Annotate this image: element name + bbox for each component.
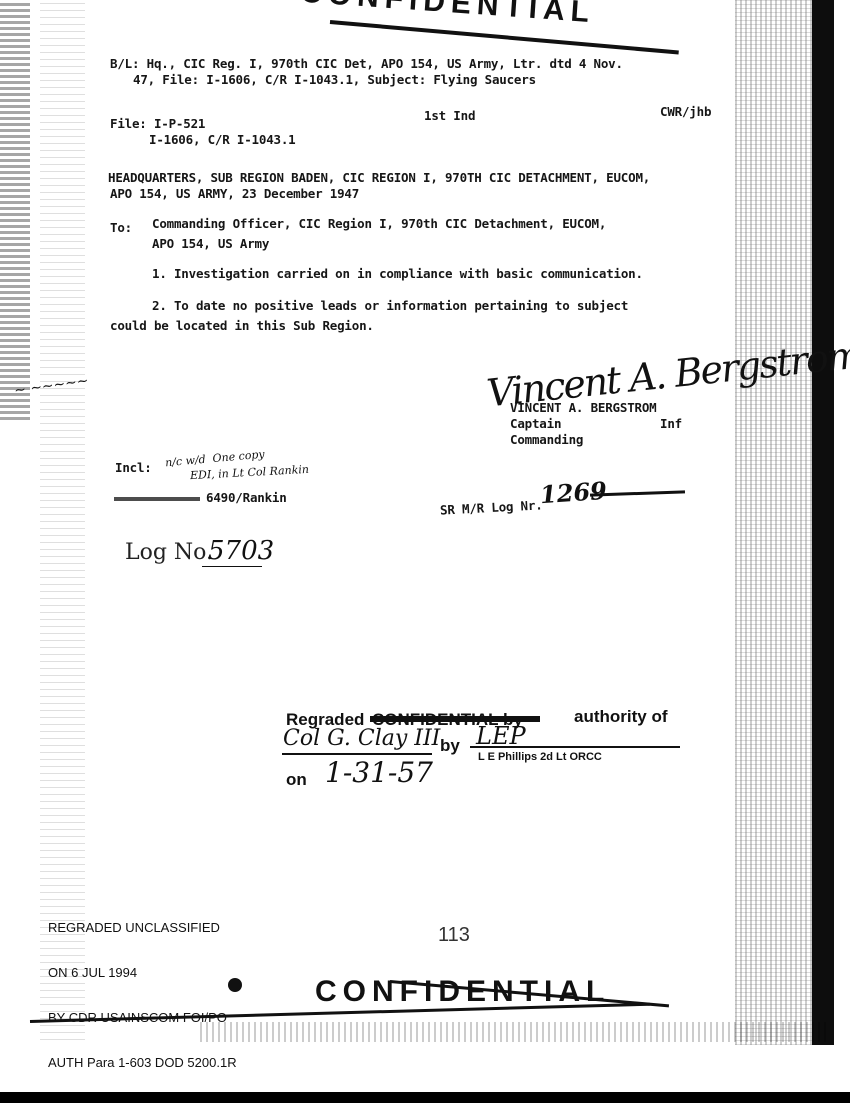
classification-stamp-bottom: CONFIDENTIAL [315,975,610,1009]
enclosure-typed: 6490/Rankin [206,490,287,505]
from-line-2: APO 154, US ARMY, 23 December 1947 [110,186,359,201]
log-no-label: Log No. [125,540,213,565]
classification-stamp-top: CONFIDENTIAL [299,0,596,30]
scan-noise-right [735,0,815,1045]
indorsement-label: 1st Ind [424,108,475,123]
from-line-1: HEADQUARTERS, SUB REGION BADEN, CIC REGI… [108,170,650,185]
unclassified-stamp-line-2: ON 6 JUL 1994 [48,965,237,980]
scan-noise-left-margin [40,0,85,1040]
paragraph-1: 1. Investigation carried on in complianc… [152,266,643,281]
regrade-authority-handwritten: Col G. Clay III [283,726,440,751]
regrade-authority-underline [282,753,432,755]
enclosure-label: Incl: [115,460,152,475]
log-no-underline [202,566,262,567]
regrade-date-handwritten: 1-31-57 [325,756,433,789]
unclassified-stamp: REGRADED UNCLASSIFIED ON 6 JUL 1994 BY C… [48,890,237,1100]
typist-initials: CWR/jhb [660,104,711,119]
page-number: 113 [438,924,470,947]
signer-name: VINCENT A. BERGSTROM [510,400,657,415]
unclassified-stamp-line-4: AUTH Para 1-603 DOD 5200.1R [48,1055,237,1070]
paragraph-2-line-2: could be located in this Sub Region. [110,318,374,333]
document-page: CONFIDENTIAL B/L: Hq., CIC Reg. I, 970th… [0,0,850,1103]
to-label: To: [110,220,132,235]
regrade-by-label: by [440,736,460,756]
classification-strike-top [330,20,679,54]
enclosure-redaction [114,497,200,501]
scan-noise-left [0,0,30,420]
ink-blot [228,978,242,992]
log-no-value: 5703 [208,536,274,566]
file-line-1: File: I-P-521 [110,116,205,131]
signer-rank: Captain [510,416,561,431]
regrade-suffix: authority of [574,707,668,727]
to-line-2: APO 154, US Army [152,236,269,251]
scan-noise-bottom [200,1022,830,1042]
reference-line-1: B/L: Hq., CIC Reg. I, 970th CIC Det, APO… [110,56,623,71]
to-line-1: Commanding Officer, CIC Region I, 970th … [152,216,606,231]
file-line-2: I-1606, C/R I-1043.1 [149,132,296,147]
paragraph-2-line-1: 2. To date no positive leads or informat… [152,298,628,313]
sr-log-label: SR M/R Log Nr. [440,497,543,517]
unclassified-stamp-line-1: REGRADED UNCLASSIFIED [48,920,237,935]
reference-line-2: 47, File: I-1606, C/R I-1043.1, Subject:… [133,72,536,87]
signer-title: Commanding [510,432,583,447]
scan-edge-right [812,0,834,1045]
regrade-signer: L E Phillips 2d Lt ORCC [478,751,602,763]
enclosure-handwritten-2: EDI, in Lt Col Rankin [190,463,310,482]
regrade-on-label: on [286,770,307,790]
regrade-by-underline [470,746,680,748]
signer-branch: Inf [660,416,682,431]
